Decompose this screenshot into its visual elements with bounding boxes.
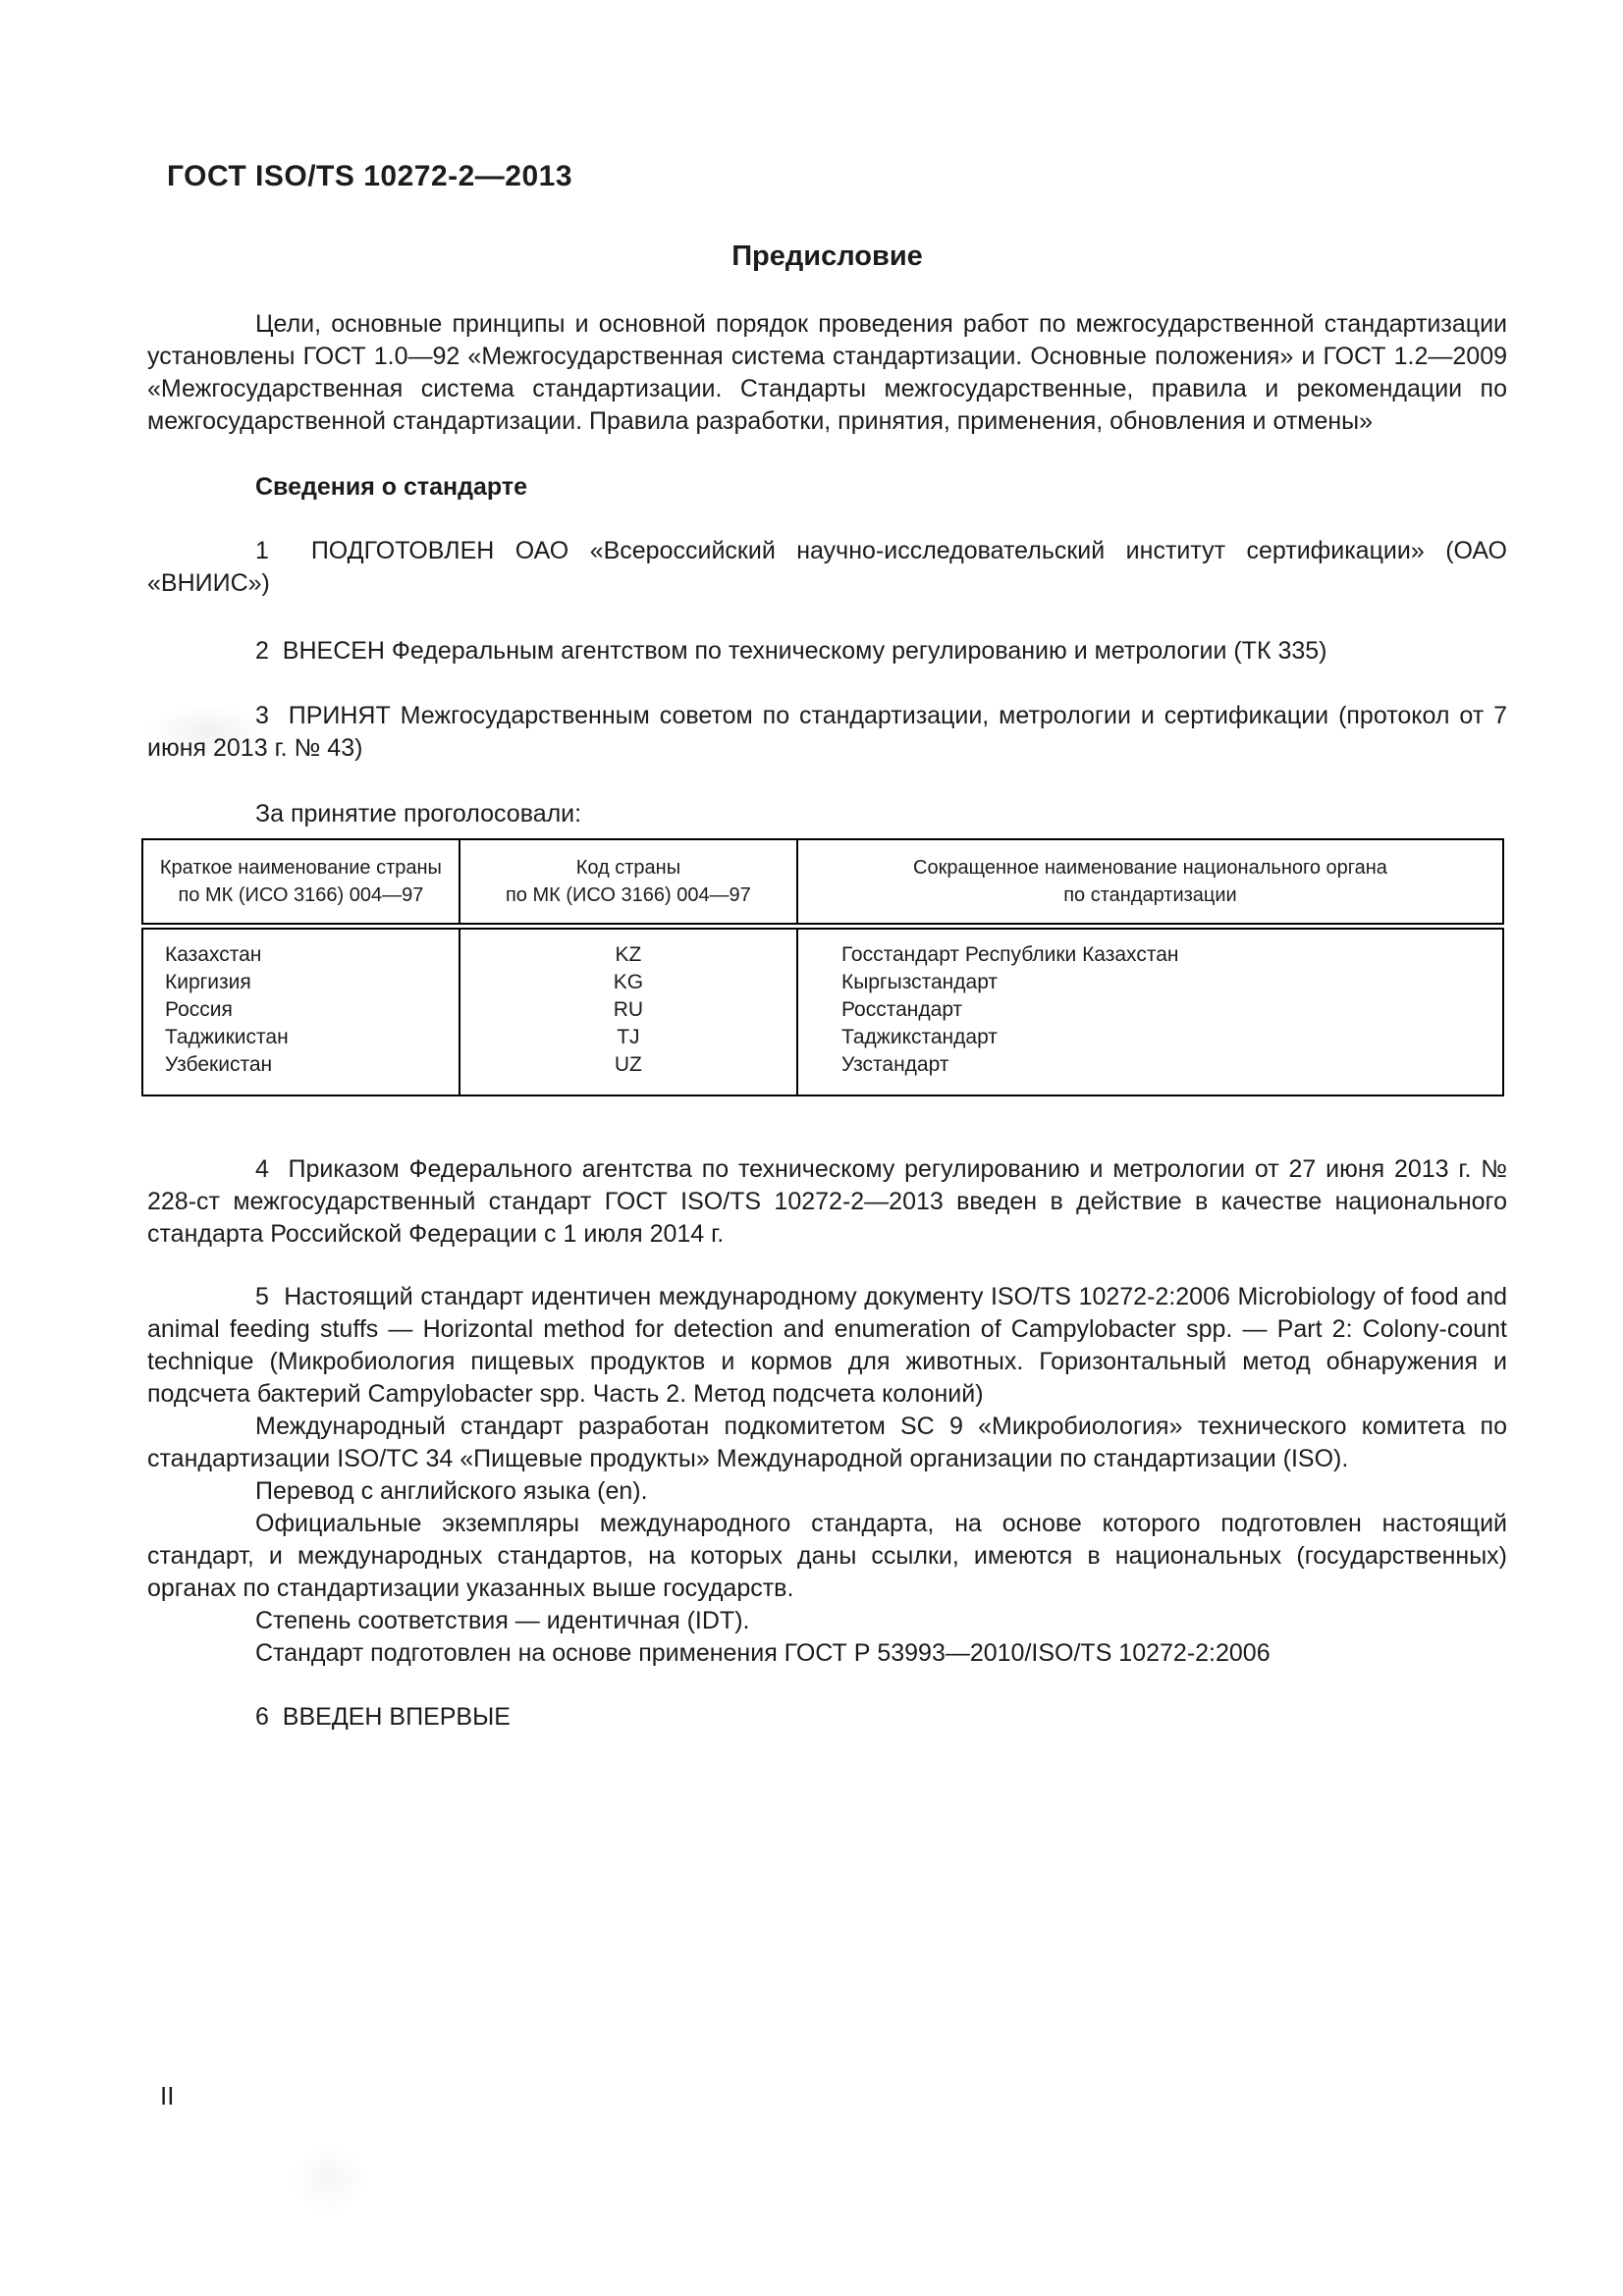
foreword-item-3: 3 ПРИНЯТ Межгосударственным советом по с… <box>147 700 1507 765</box>
header-national-body: Сокращенное наименование национального о… <box>797 839 1503 927</box>
cell-body: Госстандарт Республики Казахстан <box>797 927 1503 970</box>
foreword-item-5-group: 5 Настоящий стандарт идентичен междунаро… <box>147 1281 1507 1670</box>
table-row: Киргизия KG Кыргызстандарт <box>142 969 1503 996</box>
standard-info-heading: Сведения о стандарте <box>147 473 1507 502</box>
vote-lead-text: За принятие проголосовали: <box>147 798 1507 830</box>
header-country-code: Код страны по МК (ИСО 3166) 004—97 <box>460 839 797 927</box>
table-row: Россия RU Росстандарт <box>142 996 1503 1024</box>
cell-code: UZ <box>460 1051 797 1095</box>
cell-body: Таджикстандарт <box>797 1024 1503 1051</box>
foreword-item-5-conformity: Степень соответствия — идентичная (IDT). <box>147 1605 1507 1637</box>
cell-body: Узстандарт <box>797 1051 1503 1095</box>
foreword-intro-paragraph: Цели, основные принципы и основной поряд… <box>147 308 1507 438</box>
page-number: II <box>160 2081 174 2111</box>
cell-body: Росстандарт <box>797 996 1503 1024</box>
page-content: ГОСТ ISO/TS 10272-2—2013 Предисловие Цел… <box>147 160 1507 1734</box>
scan-smudge <box>290 2145 368 2214</box>
cell-code: RU <box>460 996 797 1024</box>
header-country-name: Краткое наименование страны по МК (ИСО 3… <box>142 839 460 927</box>
cell-country: Киргизия <box>142 969 460 996</box>
foreword-item-5-copies: Официальные экземпляры международного ст… <box>147 1508 1507 1605</box>
foreword-item-2: 2 ВНЕСЕН Федеральным агентством по техни… <box>147 635 1507 667</box>
document-page: { "page": { "doc_code": "ГОСТ ISO/TS 102… <box>0 0 1623 2296</box>
voting-countries-table: Краткое наименование страны по МК (ИСО 3… <box>141 838 1504 1096</box>
table-row: Казахстан KZ Госстандарт Республики Каза… <box>142 927 1503 970</box>
cell-country: Узбекистан <box>142 1051 460 1095</box>
cell-country: Казахстан <box>142 927 460 970</box>
table-row: Таджикистан TJ Таджикстандарт <box>142 1024 1503 1051</box>
cell-code: TJ <box>460 1024 797 1051</box>
foreword-item-5-committee: Международный стандарт разработан подком… <box>147 1411 1507 1475</box>
table-row: Узбекистан UZ Узстандарт <box>142 1051 1503 1095</box>
foreword-item-1: 1 ПОДГОТОВЛЕН ОАО «Всероссийский научно-… <box>147 535 1507 600</box>
document-code: ГОСТ ISO/TS 10272-2—2013 <box>167 160 1507 193</box>
foreword-item-5: 5 Настоящий стандарт идентичен междунаро… <box>147 1281 1507 1411</box>
cell-country: Россия <box>142 996 460 1024</box>
cell-country: Таджикистан <box>142 1024 460 1051</box>
voting-table-header: Краткое наименование страны по МК (ИСО 3… <box>142 839 1503 927</box>
foreword-item-5-basis: Стандарт подготовлен на основе применени… <box>147 1637 1507 1670</box>
foreword-item-6: 6 ВВЕДЕН ВПЕРВЫЕ <box>147 1701 1507 1734</box>
page-title: Предисловие <box>147 240 1507 273</box>
cell-code: KG <box>460 969 797 996</box>
foreword-item-4: 4 Приказом Федерального агентства по тех… <box>147 1153 1507 1251</box>
cell-body: Кыргызстандарт <box>797 969 1503 996</box>
cell-code: KZ <box>460 927 797 970</box>
foreword-item-5-translation: Перевод с английского языка (en). <box>147 1475 1507 1508</box>
